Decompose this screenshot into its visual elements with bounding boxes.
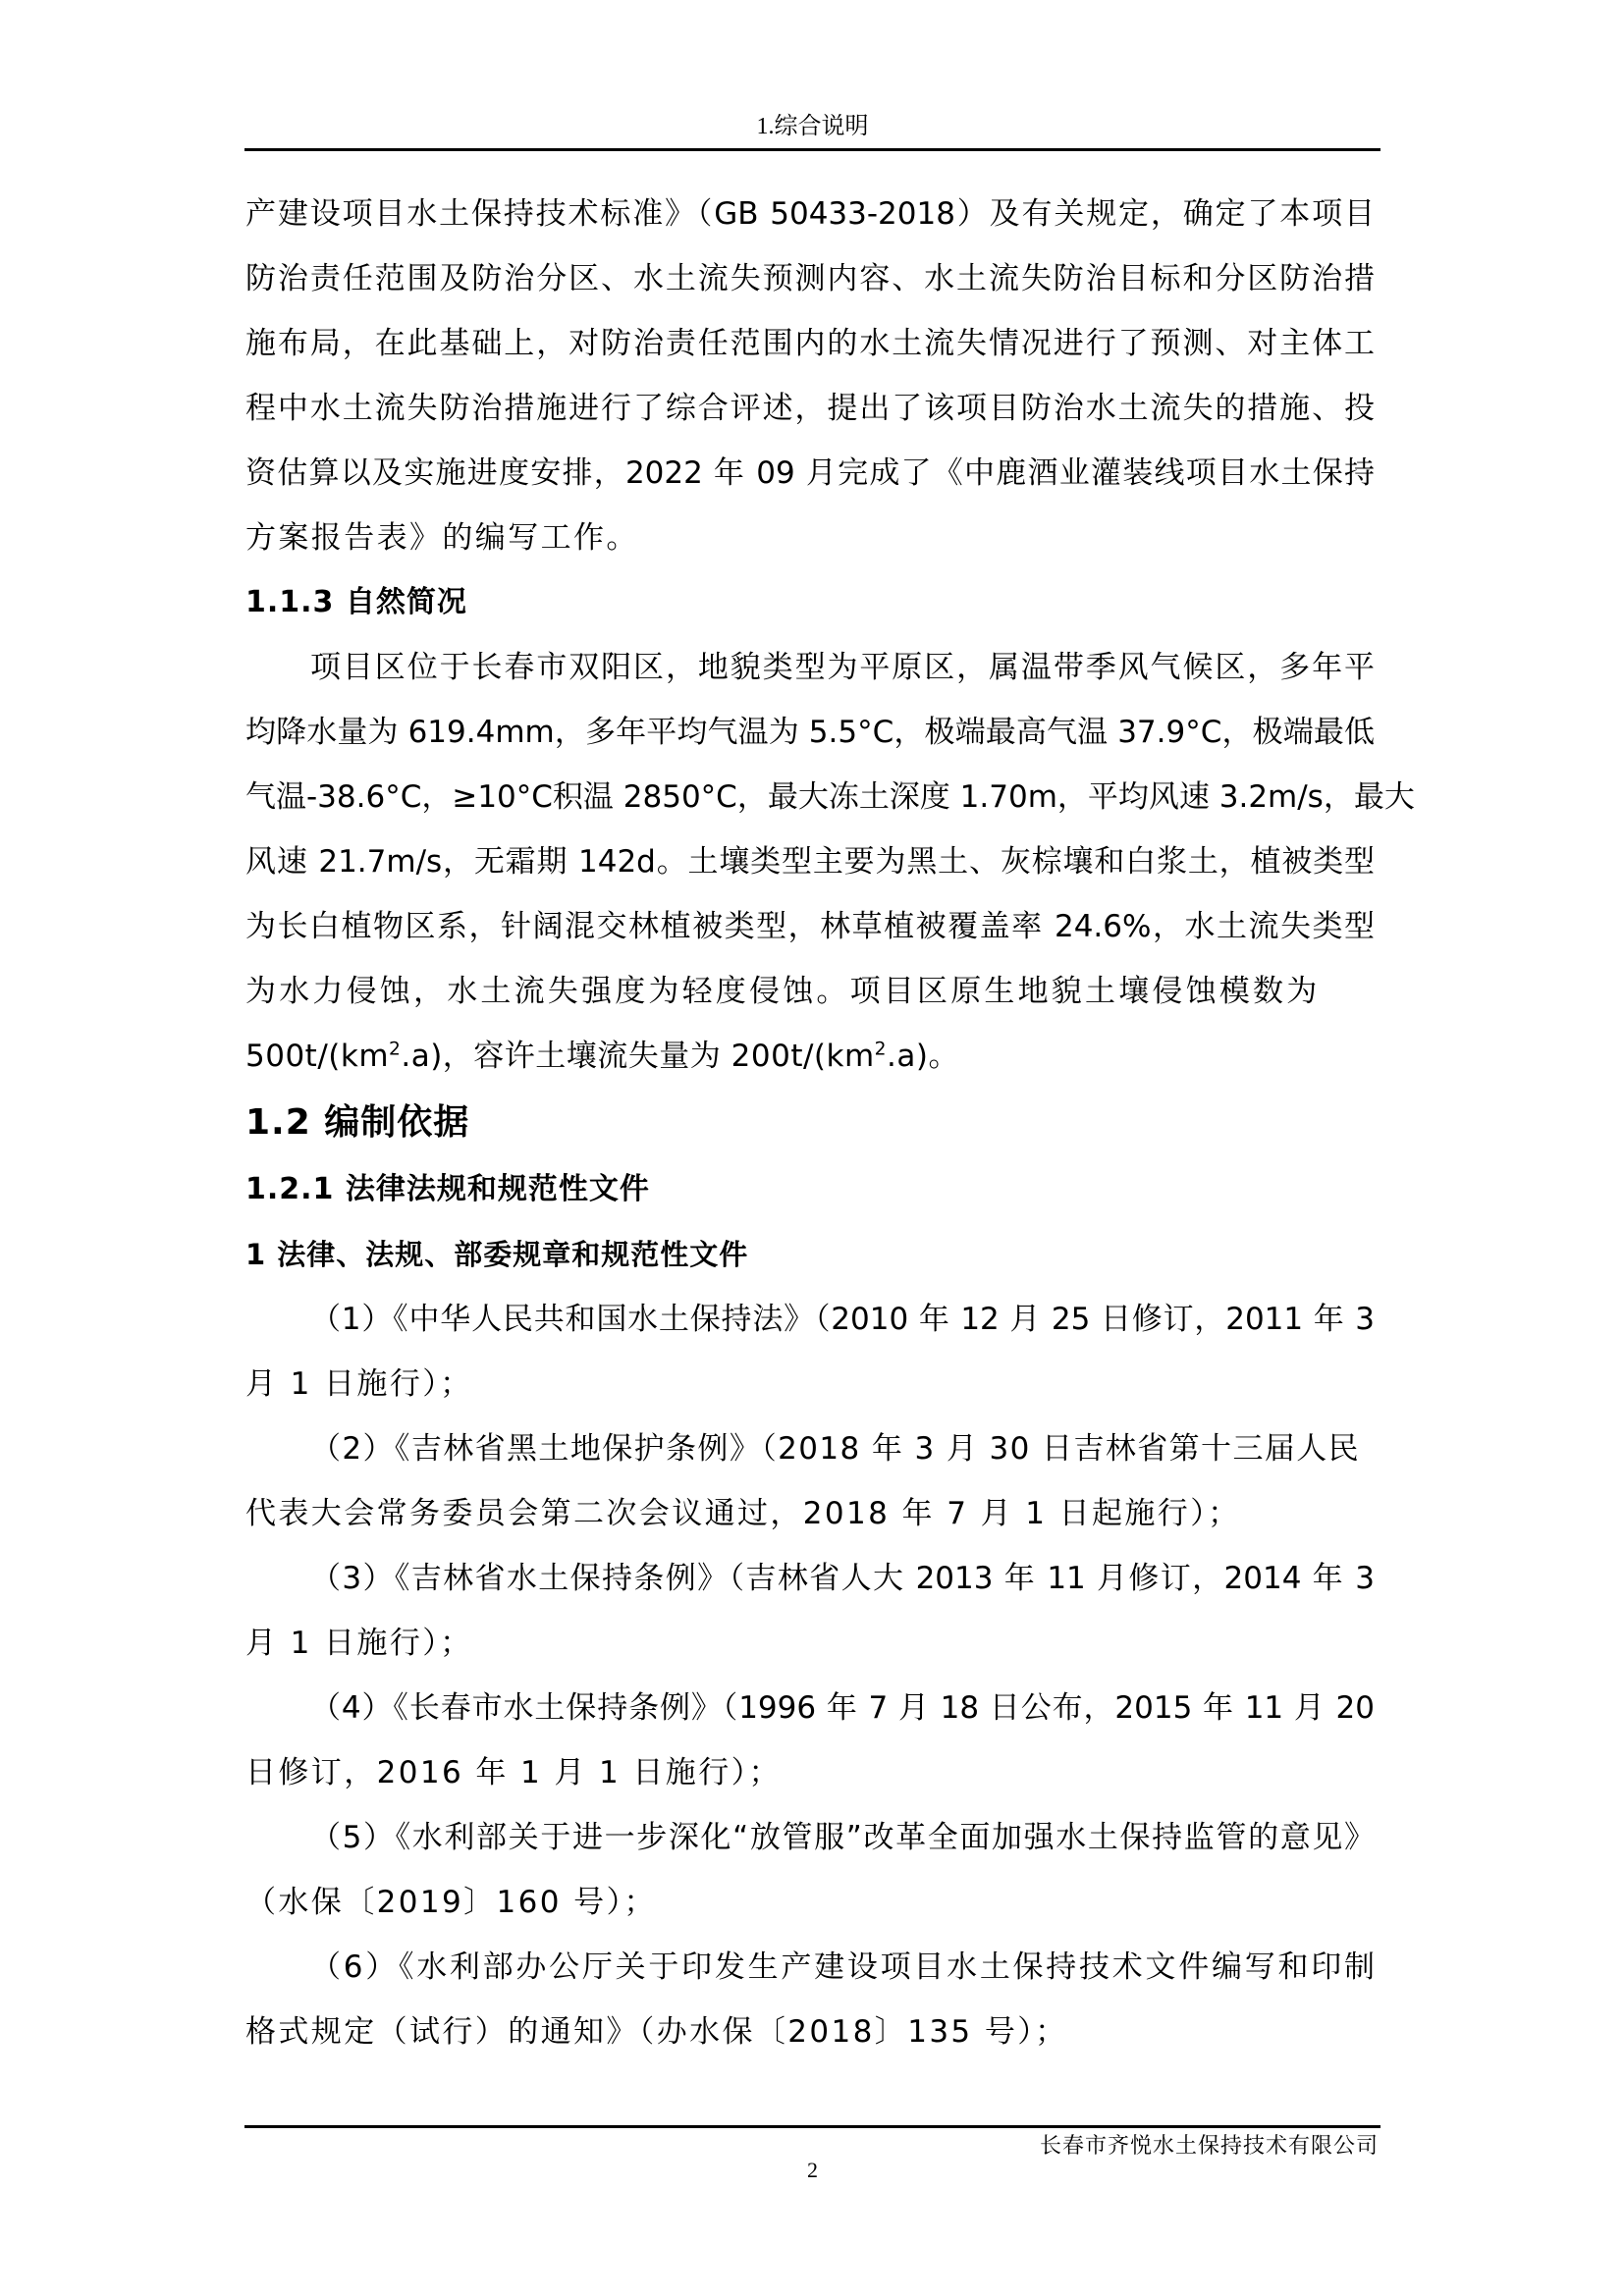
law-item-4-line1: （4）《长春市水土保持条例》（1996 年 7 月 18 日公布，2015 年 … (245, 1688, 1375, 1728)
natural-line: 风速 21.7m/s，无霜期 142d。土壤类型主要为黑土、灰棕壤和白浆土，植被… (245, 842, 1375, 881)
natural-line: 为水力侵蚀，水土流失强度为轻度侵蚀。项目区原生地貌土壤侵蚀模数为 (245, 972, 1375, 1011)
natural-line: 均降水量为 619.4mm，多年平均气温为 5.5°C，极端最高气温 37.9°… (245, 713, 1375, 752)
superscript: 2 (389, 1040, 401, 1060)
document-page: 1.综合说明 产建设项目水土保持技术标准》（GB 50433-2018）及有关规… (0, 0, 1624, 2296)
intro-line: 施布局，在此基础上，对防治责任范围内的水土流失情况进行了预测、对主体工 (245, 324, 1375, 363)
intro-line: 防治责任范围及防治分区、水土流失预测内容、水土流失防治目标和分区防治措 (245, 259, 1375, 298)
law-item-5-line1: （5）《水利部关于进一步深化“放管服”改革全面加强水土保持监管的意见》 (245, 1818, 1375, 1857)
intro-line: 程中水土流失防治措施进行了综合评述，提出了该项目防治水土流失的措施、投 (245, 389, 1375, 428)
footer-rule (244, 2125, 1380, 2128)
natural-line-erosion: 500t/(km2.a)，容许土壤流失量为 200t/(km2.a)。 (245, 1037, 1375, 1076)
law-item-6-line2: 格式规定（试行）的通知》（办水保〔2018〕135 号）； (245, 2012, 1375, 2052)
law-item-1-line2: 月 1 日施行）； (245, 1364, 1375, 1404)
header-rule (244, 148, 1380, 151)
running-header: 1.综合说明 (244, 112, 1380, 141)
law-item-3-line2: 月 1 日施行）； (245, 1624, 1375, 1663)
intro-line: 资估算以及实施进度安排，2022 年 09 月完成了《中鹿酒业灌装线项目水土保持 (245, 454, 1375, 493)
section-heading-1-1-3: 1.1.3 自然简况 (245, 583, 1375, 622)
natural-line: 项目区位于长春市双阳区，地貌类型为平原区，属温带季风气候区，多年平 (245, 648, 1375, 687)
law-item-3-line1: （3）《吉林省水土保持条例》（吉林省人大 2013 年 11 月修订，2014 … (245, 1559, 1375, 1598)
erosion-modulus-text: 500t/(km (245, 1039, 389, 1074)
law-item-2-line1: （2）《吉林省黑土地保护条例》（2018 年 3 月 30 日吉林省第十三届人民 (245, 1429, 1375, 1468)
section-heading-1-2: 1.2 编制依据 (245, 1103, 1375, 1143)
page-number: 2 (244, 2156, 1380, 2185)
law-item-5-line2: （水保〔2019〕160 号）； (245, 1883, 1375, 1922)
superscript: 2 (875, 1040, 887, 1060)
law-item-2-line2: 代表大会常务委员会第二次会议通过，2018 年 7 月 1 日起施行）； (245, 1494, 1375, 1533)
natural-line: 气温-38.6°C，≥10°C积温 2850°C，最大冻土深度 1.70m，平均… (245, 777, 1375, 817)
law-item-4-line2: 日修订，2016 年 1 月 1 日施行）； (245, 1753, 1375, 1792)
section-heading-1-2-1: 1.2.1 法律法规和规范性文件 (245, 1170, 1375, 1209)
allowable-loss-text: .a)，容许土壤流失量为 200t/(km (401, 1039, 874, 1074)
subsection-heading-laws: 1 法律、法规、部委规章和规范性文件 (245, 1235, 1375, 1274)
natural-line: 为长白植物区系，针阔混交林植被类型，林草植被覆盖率 24.6%，水土流失类型 (245, 907, 1375, 946)
law-item-1-line1: （1）《中华人民共和国水土保持法》（2010 年 12 月 25 日修订，201… (245, 1300, 1375, 1339)
intro-line: 方案报告表》的编写工作。 (245, 518, 1375, 558)
intro-line: 产建设项目水土保持技术标准》（GB 50433-2018）及有关规定，确定了本项… (245, 194, 1375, 234)
law-item-6-line1: （6）《水利部办公厅关于印发生产建设项目水土保持技术文件编写和印制 (245, 1948, 1375, 1987)
line-end: .a)。 (887, 1039, 959, 1074)
